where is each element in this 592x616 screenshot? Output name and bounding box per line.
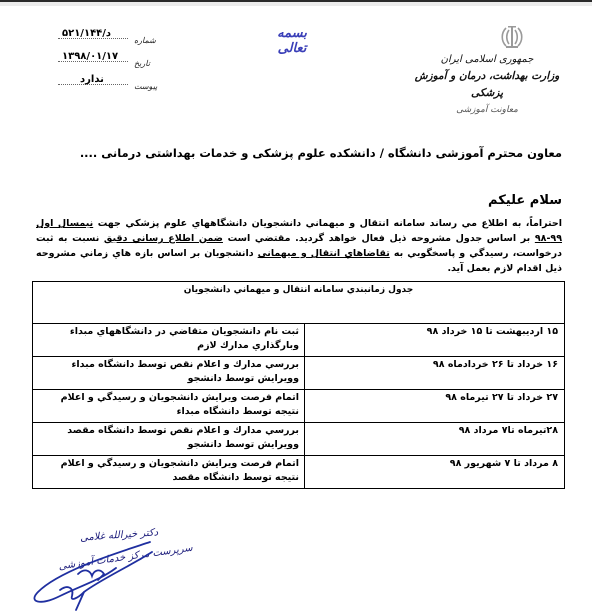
country-name: جمهوری اسلامی ایران: [412, 52, 562, 68]
reference-number-label: شماره: [134, 36, 156, 45]
reference-attachment: ندارد: [80, 74, 104, 85]
date-cell: ۱۵ ارديبهشت تا ۱۵ خرداد ۹۸: [304, 324, 564, 356]
iran-emblem-icon: [500, 24, 524, 50]
reference-attachment-row: ندارد پیوست: [58, 74, 158, 97]
reference-date-label: تاریخ: [134, 59, 150, 68]
schedule-title: جدول زمانبندي سامانه انتقال و ميهماني دا…: [33, 282, 564, 324]
activity-cell: اتمام فرصت ويرايش دانشجويان و رسيدگي و ا…: [33, 456, 304, 488]
body-text: بر اساس جدول مشروحه ذيل فعال خواهد گرديد…: [223, 233, 535, 244]
reference-date: ۱۳۹۸/۰۱/۱۷: [62, 51, 118, 62]
schedule-table: جدول زمانبندي سامانه انتقال و ميهماني دا…: [32, 281, 565, 489]
activity-cell: اتمام فرصت ويرايش دانشجويان و رسيدگي و ا…: [33, 390, 304, 422]
body-underlined-notice: ضمن اطلاع رساني دقيق: [104, 233, 223, 244]
body-text: احتراماً، به اطلاع مي رساند سامانه انتقا…: [93, 218, 562, 229]
letter-body: احتراماً، به اطلاع مي رساند سامانه انتقا…: [36, 216, 562, 276]
table-row: ۱۶ خرداد تا ۲۶ خردادماه ۹۸ بررسي مدارك و…: [33, 357, 564, 390]
table-row: ۲۷ خرداد تا ۲۷ تيرماه ۹۸ اتمام فرصت ويرا…: [33, 390, 564, 423]
date-cell: ۲۸تيرماه تا۷ مرداد ۹۸: [304, 423, 564, 455]
deputy-name: معاونت آموزشی: [412, 102, 562, 118]
table-row: ۱۵ ارديبهشت تا ۱۵ خرداد ۹۸ ثبت نام دانشج…: [33, 324, 564, 357]
activity-cell: ثبت نام دانشجويان متقاضي در دانشگاههاي م…: [33, 324, 304, 356]
reference-attachment-label: پیوست: [134, 82, 157, 91]
date-cell: ۸ مرداد تا ۷ شهريور ۹۸: [304, 456, 564, 488]
reference-date-row: ۱۳۹۸/۰۱/۱۷ تاریخ: [58, 51, 158, 74]
ministry-header: جمهوری اسلامی ایران وزارت بهداشت، درمان …: [412, 52, 562, 118]
addressee: معاون محترم آموزشی دانشگاه / دانشکده علو…: [80, 146, 562, 160]
body-underlined-requests: تقاضاهاي انتقال و ميهماني: [258, 248, 390, 259]
ministry-name: وزارت بهداشت، درمان و آموزش پزشکی: [412, 68, 562, 102]
window-top-band: [0, 2, 592, 6]
table-row: ۲۸تيرماه تا۷ مرداد ۹۸ بررسي مدارك و اعلا…: [33, 423, 564, 456]
reference-number: د/۵۲۱/۱۴۴: [62, 28, 111, 39]
bismillah: بسمه تعالی: [262, 26, 322, 56]
date-cell: ۱۶ خرداد تا ۲۶ خردادماه ۹۸: [304, 357, 564, 389]
activity-cell: بررسي مدارك و اعلام نقص توسط دانشگاه مقص…: [33, 423, 304, 455]
greeting: سلام علیکم: [488, 193, 562, 208]
reference-block: د/۵۲۱/۱۴۴ شماره ۱۳۹۸/۰۱/۱۷ تاریخ ندارد پ…: [58, 28, 158, 97]
activity-cell: بررسي مدارك و اعلام نقص توسط دانشگاه مبد…: [33, 357, 304, 389]
date-cell: ۲۷ خرداد تا ۲۷ تيرماه ۹۸: [304, 390, 564, 422]
reference-number-row: د/۵۲۱/۱۴۴ شماره: [58, 28, 158, 51]
handwritten-signature-icon: [20, 540, 160, 616]
table-row: ۸ مرداد تا ۷ شهريور ۹۸ اتمام فرصت ويرايش…: [33, 456, 564, 488]
